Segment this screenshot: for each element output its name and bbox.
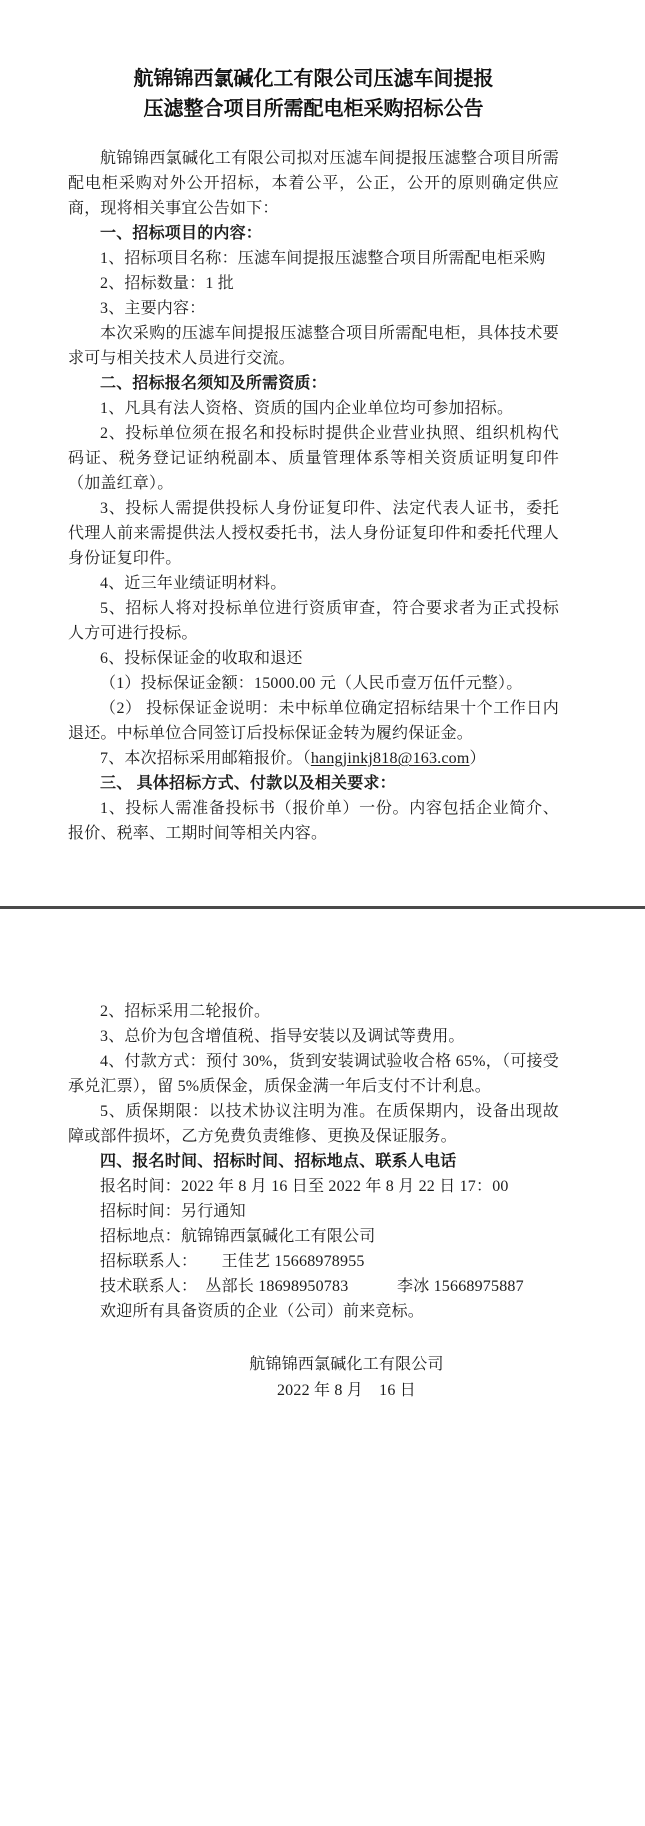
paragraph: 招标时间：另行通知 bbox=[68, 1199, 559, 1224]
paragraph: 7、本次招标采用邮箱报价。（hangjinkj818@163.com） bbox=[68, 746, 559, 771]
signature-date: 2022 年 8 月 16 日 bbox=[101, 1378, 592, 1404]
section-heading: 一、招标项目的内容： bbox=[68, 221, 559, 246]
page1-body: 航锦锦西氯碱化工有限公司拟对压滤车间提报压滤整合项目所需配电柜采购对外公开招标，… bbox=[68, 146, 559, 846]
paragraph: 4、付款方式：预付 30%，货到安装调试验收合格 65%，（可接受承兑汇票），留… bbox=[68, 1049, 559, 1099]
section-heading: 三、 具体招标方式、付款以及相关要求： bbox=[68, 771, 559, 796]
paragraph: 5、质保期限：以技术协议注明为准。在质保期内，设备出现故障或部件损坏，乙方免费负… bbox=[68, 1099, 559, 1149]
paragraph: 欢迎所有具备资质的企业（公司）前来竞标。 bbox=[68, 1299, 559, 1324]
paragraph: 2、招标数量：1 批 bbox=[68, 271, 559, 296]
document: 航锦锦西氯碱化工有限公司压滤车间提报 压滤整合项目所需配电柜采购招标公告 航锦锦… bbox=[0, 0, 645, 1826]
email-paragraph-prefix: 7、本次招标采用邮箱报价。（ bbox=[100, 750, 311, 767]
page-1: 航锦锦西氯碱化工有限公司压滤车间提报 压滤整合项目所需配电柜采购招标公告 航锦锦… bbox=[0, 0, 645, 846]
email-link[interactable]: hangjinkj818@163.com bbox=[311, 750, 470, 767]
paragraph: 1、招标项目名称：压滤车间提报压滤整合项目所需配电柜采购 bbox=[68, 246, 559, 271]
paragraph: 技术联系人： 丛部长 18698950783 李冰 15668975887 bbox=[68, 1274, 559, 1299]
paragraph: 3、主要内容： bbox=[68, 296, 559, 321]
paragraph: 5、招标人将对投标单位进行资质审查，符合要求者为正式投标人方可进行投标。 bbox=[68, 596, 559, 646]
paragraph: 本次采购的压滤车间提报压滤整合项目所需配电柜，具体技术要求可与相关技术人员进行交… bbox=[68, 321, 559, 371]
paragraph: 4、近三年业绩证明材料。 bbox=[68, 571, 559, 596]
signature-company: 航锦锦西氯碱化工有限公司 bbox=[101, 1352, 592, 1378]
title-line-2: 压滤整合项目所需配电柜采购招标公告 bbox=[68, 94, 559, 124]
section-heading: 四、报名时间、招标时间、招标地点、联系人电话 bbox=[68, 1149, 559, 1174]
paragraph: 6、投标保证金的收取和退还 bbox=[68, 646, 559, 671]
paragraph: 报名时间：2022 年 8 月 16 日至 2022 年 8 月 22 日 17… bbox=[68, 1174, 559, 1199]
email-paragraph-suffix: ） bbox=[470, 750, 486, 767]
paragraph: 招标地点：航锦锦西氯碱化工有限公司 bbox=[68, 1224, 559, 1249]
paragraph: 3、投标人需提供投标人身份证复印件、法定代表人证书，委托代理人前来需提供法人授权… bbox=[68, 496, 559, 571]
paragraph: （1）投标保证金额：15000.00 元（人民币壹万伍仟元整）。 bbox=[68, 671, 559, 696]
paragraph: 1、投标人需准备投标书（报价单）一份。内容包括企业简介、报价、税率、工期时间等相… bbox=[68, 796, 559, 846]
paragraph: 1、凡具有法人资格、资质的国内企业单位均可参加招标。 bbox=[68, 396, 559, 421]
page2-body: 2、招标采用二轮报价。3、总价为包含增值税、指导安装以及调试等费用。4、付款方式… bbox=[68, 999, 559, 1324]
page-2: 2、招标采用二轮报价。3、总价为包含增值税、指导安装以及调试等费用。4、付款方式… bbox=[0, 909, 645, 1404]
signature-block: 航锦锦西氯碱化工有限公司 2022 年 8 月 16 日 bbox=[101, 1352, 592, 1404]
paragraph: 2、投标单位须在报名和投标时提供企业营业执照、组织机构代码证、税务登记证纳税副本… bbox=[68, 421, 559, 496]
document-title: 航锦锦西氯碱化工有限公司压滤车间提报 压滤整合项目所需配电柜采购招标公告 bbox=[68, 64, 559, 124]
title-line-1: 航锦锦西氯碱化工有限公司压滤车间提报 bbox=[68, 64, 559, 94]
paragraph: 招标联系人： 王佳艺 15668978955 bbox=[68, 1249, 559, 1274]
paragraph: 2、招标采用二轮报价。 bbox=[68, 999, 559, 1024]
paragraph: （2） 投标保证金说明：未中标单位确定招标结果十个工作日内退还。中标单位合同签订… bbox=[68, 696, 559, 746]
section-heading: 二、招标报名须知及所需资质： bbox=[68, 371, 559, 396]
paragraph: 航锦锦西氯碱化工有限公司拟对压滤车间提报压滤整合项目所需配电柜采购对外公开招标，… bbox=[68, 146, 559, 221]
paragraph: 3、总价为包含增值税、指导安装以及调试等费用。 bbox=[68, 1024, 559, 1049]
